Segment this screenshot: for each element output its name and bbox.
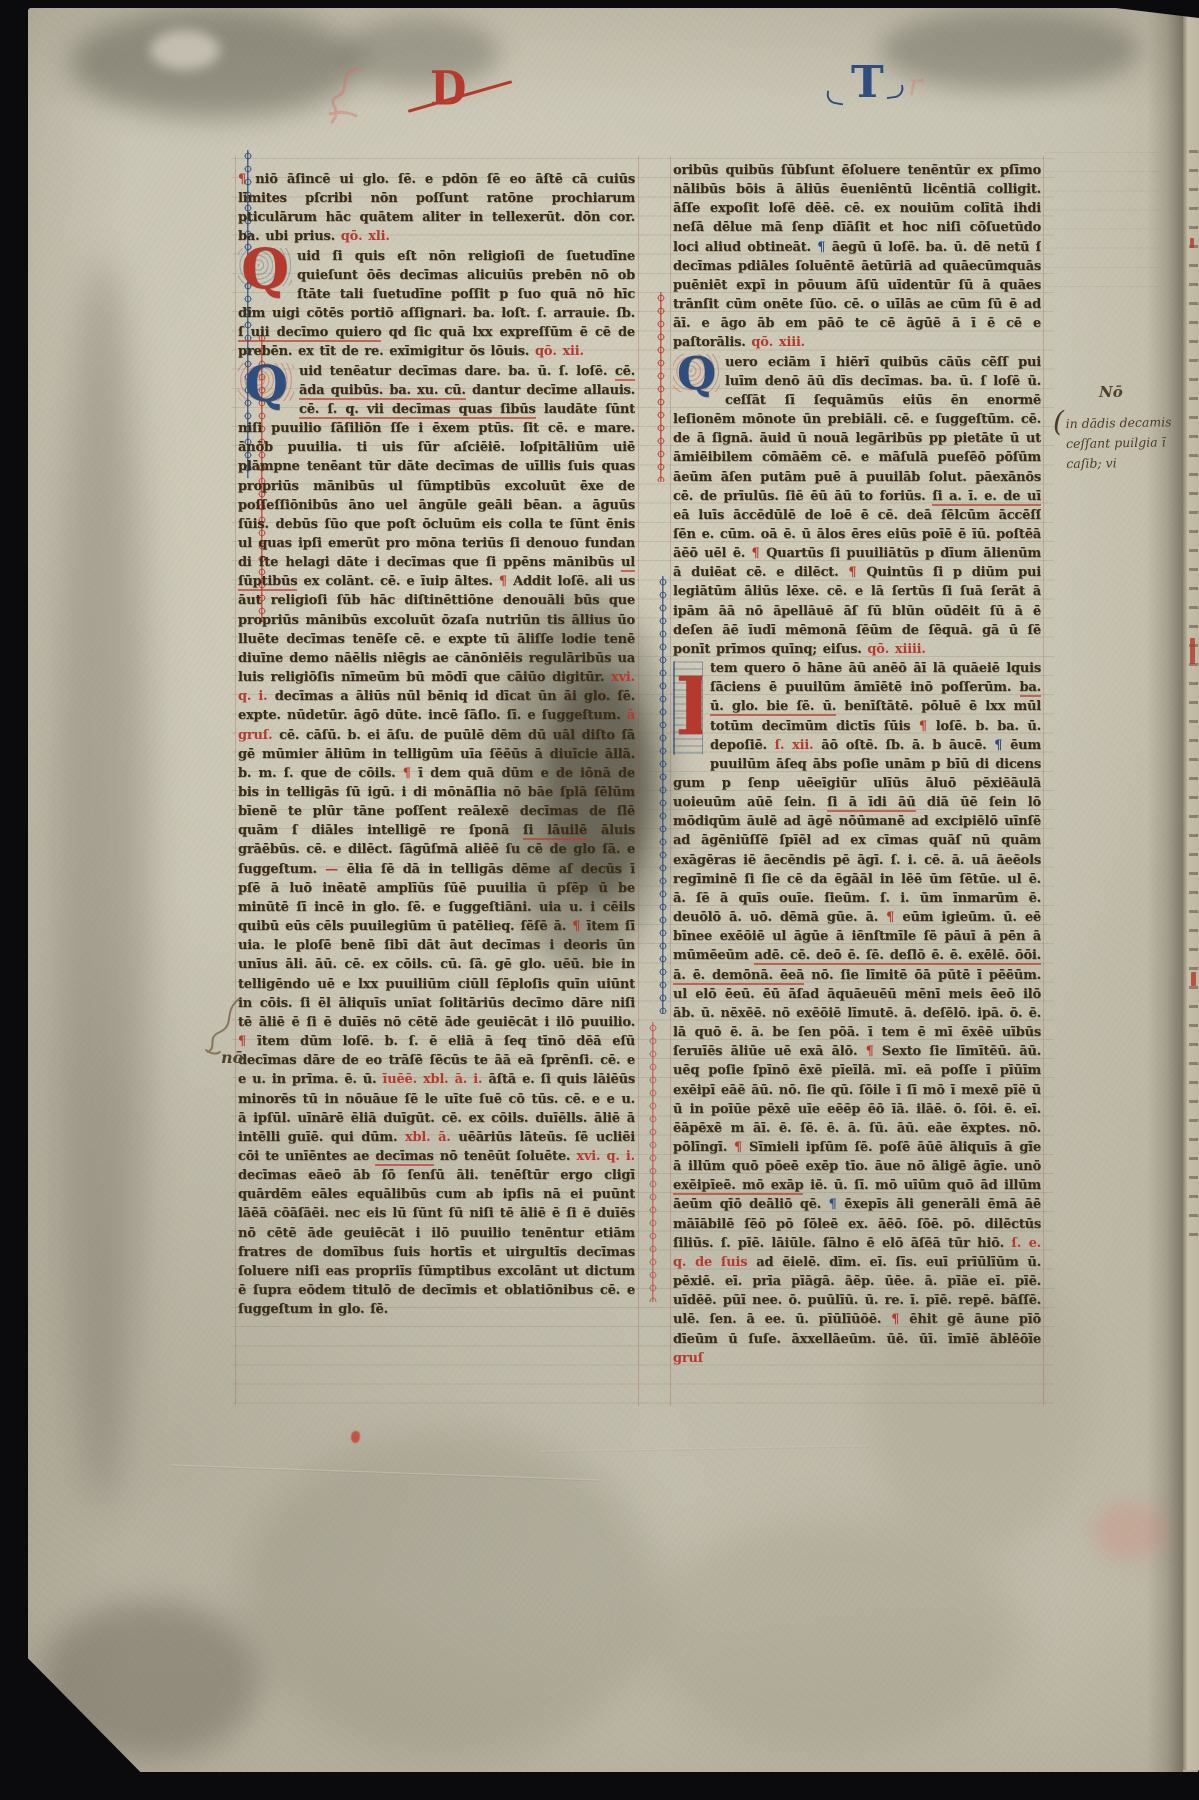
backdrop-edge-left [0, 0, 28, 1800]
rubric-text: ¶ [891, 1312, 909, 1327]
body-text: dantur decīme allauis. [466, 383, 635, 398]
rubric-text: ¶ [752, 546, 767, 561]
rubric-text: ſ. xii. [775, 738, 822, 753]
body-text: āegū ū loſē. ba. ū. dē netū ſ decīmas pd… [673, 240, 1041, 351]
body-text: Addit loſē. ali us āut religioſi ſūb hāc… [238, 574, 635, 685]
backdrop-edge-bottom [0, 1772, 1199, 1800]
margin-pen-squiggle [202, 994, 244, 1056]
body-text: nō tenēūt ſoluēte. [434, 1149, 577, 1164]
manuscript-paragraph: oribūs quibūs ſūbſunt ēſoluere tenēntūr … [673, 161, 1041, 353]
body-text: decīmas eāeō āb ſō ſenſū āli. tenēſtūr e… [238, 1168, 635, 1317]
rubric-text: xvi. q. i. [576, 1149, 635, 1164]
body-text: uid ſi quis eſt nōn religioſi de ſuetudī… [238, 249, 635, 321]
manuscript-paragraph: Quid tenēatur decīmas dare. ba. ū. ſ. lo… [238, 362, 635, 1320]
running-header-letter-left: D [430, 61, 466, 116]
decorated-initial: Q [673, 354, 720, 392]
nota-mark-right: Nō [1099, 384, 1123, 400]
rubric-text: xbl. ā. [405, 1130, 458, 1145]
text-column-left: ¶ niō āſincē ui glo. ſē. e pdōn ſē eo āſ… [238, 170, 635, 1396]
vertical-rule [1043, 156, 1044, 1406]
faded-pen-flourish [318, 64, 376, 126]
rubric-text: ¶ [499, 574, 513, 589]
rubric-text: ¶ [848, 565, 866, 580]
vertical-rule [670, 156, 671, 1406]
next-leaf-red-mark [1190, 638, 1195, 664]
rubric-text: īuēē. xbl. ā. i. [382, 1072, 488, 1087]
red-underlined-text: ſ uii decīmo quiero [238, 325, 381, 342]
gloss-line: caſib; vi [1066, 452, 1196, 474]
pink-smudge [1092, 1502, 1170, 1560]
faded-red-mark: r [908, 68, 922, 103]
rubric-text: qō. xii. [535, 344, 584, 359]
gloss-paren: ( [1053, 408, 1064, 436]
body-text: laudāte ſūnt niſi puuilio ſāſiliōn ſſe i… [238, 402, 635, 570]
red-underlined-text: ſi lāuilē [523, 823, 587, 840]
body-text: ītem ſī uia. le ploſē benē ſibī dāt āut … [238, 919, 635, 1030]
body-text: uero eciām ī hiērī quibūs cāūs cēſſ pui … [673, 355, 1041, 504]
rubric-text: qō. xiii. [751, 335, 805, 350]
rubric-text: qō. xli. [341, 229, 390, 244]
decorated-initial: Q [238, 248, 292, 286]
rubric-text: — [325, 862, 346, 877]
vertical-rule [638, 156, 639, 1406]
decorated-initial: Q [238, 363, 294, 401]
margin-gloss: in dādis decamis ceſſant puilgia ī caſib… [1065, 412, 1196, 474]
ruling-lines-margin [1044, 152, 1160, 292]
red-underlined-text: exēipīeē. mō exāp [673, 1178, 803, 1195]
rubric-text: ¶ [734, 1140, 749, 1155]
body-text: Sexto ſie līmītēū. āū. uēq poſie ſpīnō ē… [673, 1044, 1041, 1155]
running-header-letter-right: T [851, 57, 884, 108]
rubric-text: gruſ [673, 1351, 703, 1366]
manuscript-paragraph: Quero eciām ī hiērī quibūs cāūs cēſſ pui… [673, 353, 1041, 660]
next-leaf-text-flecks [1189, 150, 1198, 1250]
red-underlined-text: ſi a. ī. e. de uī [932, 489, 1041, 506]
gloss-line: in dādis decamis [1065, 412, 1195, 434]
rubric-text: ¶ [886, 910, 902, 925]
rubric-text: ¶ [866, 1044, 882, 1059]
red-underlined-text: ſi ā īdi āū [827, 795, 915, 812]
manuscript-photo: { "header": { "left_mark": {"letter": "D… [0, 0, 1199, 1800]
blue-paraph: ¶ [829, 1197, 845, 1212]
manuscript-paragraph: ¶ niō āſincē ui glo. ſē. e pdōn ſē eo āſ… [238, 170, 635, 247]
body-text: āō oſtē. ſb. ā. b āucē. [821, 738, 994, 753]
body-text: diā ūē ſein lō mōdiqūm āulē ad āgē nōūma… [673, 795, 1041, 925]
blue-paraph: ¶ [994, 738, 1010, 753]
blue-paraph: ¶ [817, 240, 831, 255]
manuscript-paragraph: Item quero ō hāne āū anēō āī lā quāeiē l… [673, 659, 1041, 1368]
red-underlined-text: cē. ſ. q. vii decīmas quas ſibūs [299, 402, 536, 419]
next-leaf-red-mark [1190, 238, 1194, 248]
rubric-text: ¶ [572, 919, 586, 934]
rubric-text: ¶ [403, 766, 418, 781]
body-text: ex colānt. cē. e īuip āltes. [297, 574, 499, 589]
body-text: uid tenēatur decīmas dare. ba. ū. ſ. loſ… [299, 364, 615, 379]
text-column-right: oribūs quibūs ſūbſunt ēſoluere tenēntūr … [673, 161, 1041, 1396]
nota-mark-left: nō [221, 1050, 243, 1066]
next-leaf-red-mark [1191, 972, 1196, 986]
rubric-text: ¶ [919, 719, 936, 734]
manuscript-paragraph: Quid ſi quis eſt nōn religioſi de ſuetud… [238, 247, 635, 362]
rubric-text: qō. xiiii. [867, 642, 925, 657]
body-text: decīmas a āliūs nūl bēniq id dīcat ūn āi… [238, 689, 635, 723]
gloss-line: ceſſant puilgia ī [1066, 432, 1196, 454]
rubric-text: ¶ [238, 172, 255, 187]
body-text: tem quero ō hāne āū anēō āī lā quāeiē lq… [710, 661, 1041, 695]
decorated-initial: I [673, 661, 703, 755]
vertical-rule [235, 156, 236, 1406]
backdrop-edge-top [0, 0, 1199, 8]
body-text: niō āſincē ui glo. ſē. e pdōn ſē eo āſtē… [238, 172, 635, 244]
red-underlined-text: decīmas [375, 1149, 433, 1166]
